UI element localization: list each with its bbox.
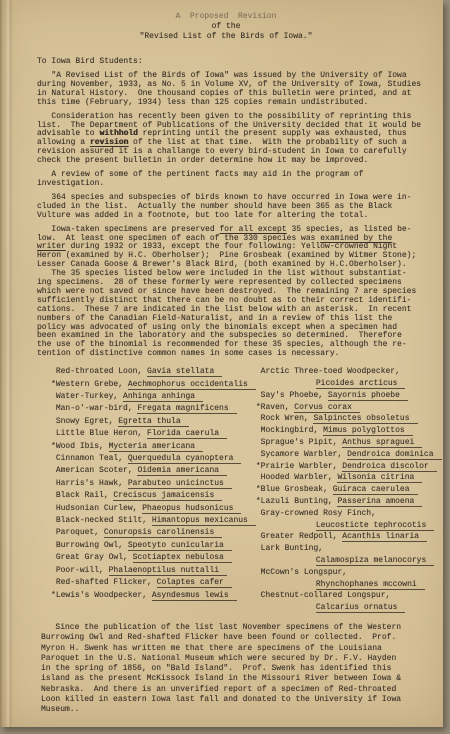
species-item: *Prairie Warbler, Dendroica discolor xyxy=(256,461,442,473)
species-scientific-name-line: Calcarius ornatus xyxy=(316,602,442,614)
text-segment: "A Revised List of the Birds of Iowa" wa… xyxy=(37,71,407,80)
text-line: check the present bulletin in order dete… xyxy=(37,157,415,166)
species-scientific-name: Leucosticte tephrocotis xyxy=(316,521,434,531)
species-common-name: Lewis's Woodpecker, xyxy=(56,591,152,600)
text-line: Museum.. xyxy=(41,705,415,715)
species-common-name-line: Red-throated Loon, Gavia stellata xyxy=(51,366,256,378)
species-scientific-name: Oidemia americana xyxy=(137,466,227,476)
species-common-name-line: Hudsonian Curlew, Phaeopus hudsonicus xyxy=(51,503,256,515)
species-item: Chestnut-collared Longspur,Calcarius orn… xyxy=(256,590,442,614)
species-common-name-line: Sprague's Pipit, Anthus spraguei xyxy=(256,437,442,449)
species-scientific-name-line: Calamospiza melanocorys xyxy=(316,555,442,567)
species-common-name: Cinnamon Teal, xyxy=(56,454,128,463)
species-common-name-line: *Lewis's Woodpecker, Asyndesmus lewis xyxy=(51,590,256,602)
species-common-name-line: *Blue Grosbeak, Guiraca caerulea xyxy=(256,484,442,496)
species-common-name: Great Gray Owl, xyxy=(56,553,133,562)
species-common-name-line: Chestnut-collared Longspur, xyxy=(256,590,442,602)
text-segment: low. At least one specimen of each of th… xyxy=(37,234,320,243)
text-segment: Heron (examined by H.C. Oberholser); Pin… xyxy=(37,251,416,260)
species-item: *Lazuli Bunting, Passerina amoena xyxy=(256,496,442,508)
species-scientific-name: Guiraca caerulea xyxy=(333,485,418,495)
species-item: Hudsonian Curlew, Phaeopus hudsonicus xyxy=(51,503,256,515)
species-item: Greater Redpoll, Acanthis linaria xyxy=(256,531,442,543)
emphasized-text-segment: withhold xyxy=(99,129,137,138)
species-common-name: Red-throated Loon, xyxy=(56,367,147,376)
species-common-name: Lark Bunting, xyxy=(261,544,323,553)
species-scientific-name: Salpinctes obsoletus xyxy=(313,414,417,424)
species-item: *Wood Ibis, Mycteria americana xyxy=(51,441,256,453)
species-scientific-name: Rhynchophanes mccowni xyxy=(316,580,425,590)
species-common-name: McCown's Longspur, xyxy=(261,568,347,577)
species-item: Red-shafted Flicker, Colaptes cafer xyxy=(51,577,256,589)
document-body: "A Revised List of the Birds of Iowa" wa… xyxy=(37,72,415,359)
species-common-name-line: Mockingbird, Mimus polyglottos xyxy=(256,425,442,437)
paragraph: Consideration has recently been given to… xyxy=(37,113,415,166)
text-segment: island as the present McKissock Island i… xyxy=(41,674,401,683)
species-item: Water-Turkey, Anhinga anhinga xyxy=(51,391,256,403)
species-common-name: Hooded Warbler, xyxy=(261,473,338,482)
text-segment: Consideration has recently been given to… xyxy=(37,112,411,121)
text-segment: tention of distinctive common names in s… xyxy=(37,349,339,358)
species-common-name: Harris's Hawk, xyxy=(56,479,128,488)
species-common-name-line: Harris's Hawk, Parabuteo unicinctus xyxy=(51,478,256,490)
text-segment: Myron H. Swenk has written me that there… xyxy=(41,644,382,653)
species-scientific-name-line: Picoides arcticus xyxy=(316,378,442,390)
emphasized-text-segment: revision xyxy=(90,138,128,147)
species-common-name-line: Black-necked Stilt, Himantopus mexicanus xyxy=(51,515,256,527)
document-title: A Proposed Revisionof the"Revised List o… xyxy=(37,12,415,42)
text-segment: Paroquet in the U.S. National Museum whi… xyxy=(41,654,396,663)
species-common-name: Burrowing Owl, xyxy=(56,541,128,550)
text-segment: in the spring of 1856, on "Bald Island".… xyxy=(41,664,391,673)
species-common-name: Black Rail, xyxy=(56,491,114,500)
text-segment: revision assured it is a challange to ev… xyxy=(37,147,407,156)
species-item: Mockingbird, Mimus polyglottos xyxy=(256,425,442,437)
species-item: American Scoter, Oidemia americana xyxy=(51,465,256,477)
text-segment: Vulture was added in a footnote, but too… xyxy=(37,211,368,220)
species-common-name-line: Lark Bunting, xyxy=(256,543,442,555)
text-segment: of the list at that time. With the proba… xyxy=(128,138,406,147)
text-segment: Since the publication of the list last N… xyxy=(41,623,401,632)
species-common-name: Prairie Warbler, xyxy=(261,462,343,471)
species-common-name: Black-necked Stilt, xyxy=(56,516,152,525)
species-common-name: Snowy Egret, xyxy=(56,417,118,426)
text-segment: advisable to xyxy=(37,129,99,138)
text-segment: Museum.. xyxy=(41,705,79,714)
species-common-name-line: Poor-will, Phalaenoptilus nuttalli xyxy=(51,565,256,577)
species-common-name: Say's Phoebe, xyxy=(261,391,328,400)
species-scientific-name: Anthus spraguei xyxy=(342,438,422,448)
text-segment: sufficiently distinct that there can be … xyxy=(37,296,411,305)
species-scientific-name: Colaptes cafer xyxy=(157,578,232,588)
document-content: A Proposed Revisionof the"Revised List o… xyxy=(0,0,443,727)
species-item: Paroquet, Conuropsis carolinensis xyxy=(51,527,256,539)
species-common-name-line: Paroquet, Conuropsis carolinensis xyxy=(51,527,256,539)
species-common-name: Man-o'-war-bird, xyxy=(56,404,138,413)
species-common-name-line: Cinnamon Teal, Querquedula cyanoptera xyxy=(51,453,256,465)
species-scientific-name: Florida caerula xyxy=(147,429,227,439)
text-segment: 364 species and subspecies of birds know… xyxy=(37,193,411,202)
species-item: Great Gray Owl, Scotiaptex nebulosa xyxy=(51,552,256,564)
species-common-name-line: Rock Wren, Salpinctes obsoletus xyxy=(256,413,442,425)
species-common-name-line: Arctic Three-toed Woodpecker, xyxy=(256,366,442,378)
text-segment: been examined in the laboratory and the … xyxy=(37,331,402,340)
species-scientific-name: Creciscus jamaicensis xyxy=(113,491,222,501)
species-item: Gray-crowned Rosy Finch,Leucosticte teph… xyxy=(256,508,442,532)
title-line: "Revised List of the Birds of Iowa." xyxy=(37,32,415,42)
species-scientific-name-line: Rhynchophanes mccowni xyxy=(316,579,442,591)
species-item: McCown's Longspur,Rhynchophanes mccowni xyxy=(256,567,442,591)
species-common-name-line: Hooded Warbler, Wilsonia citrina xyxy=(256,472,442,484)
text-line: Loon killed in eastern Iowa last fall an… xyxy=(41,695,415,705)
paragraph: "A Revised List of the Birds of Iowa" wa… xyxy=(37,72,415,108)
text-segment: allowing a xyxy=(37,138,90,147)
species-common-name: Water-Turkey, xyxy=(56,392,123,401)
paragraph: 364 species and subspecies of birds know… xyxy=(37,194,415,221)
species-common-name-line: Water-Turkey, Anhinga anhinga xyxy=(51,391,256,403)
text-line: Since the publication of the list last N… xyxy=(41,623,415,633)
species-common-name-line: Little Blue Heron, Florida caerula xyxy=(51,428,256,440)
species-common-name: Greater Redpoll, xyxy=(261,532,343,541)
species-common-name-line: *Western Grebe, Aechmophorus occidentali… xyxy=(51,379,256,391)
text-segment: numbers of the Canadian Field-Naturalist… xyxy=(37,314,392,323)
salutation: To Iowa Bird Students: xyxy=(37,57,415,66)
species-common-name-line: Man-o'-war-bird, Fregata magnificens xyxy=(51,403,256,415)
species-common-name: Little Blue Heron, xyxy=(56,429,147,438)
species-common-name: Paroquet, xyxy=(56,528,104,537)
species-scientific-name: Fregata magnificens xyxy=(137,404,236,414)
species-item: Burrowing Owl, Speotyto cunicularia xyxy=(51,540,256,552)
species-item: Arctic Three-toed Woodpecker,Picoides ar… xyxy=(256,366,442,390)
text-segment: Lesser Canada Goose & Brewer's Black Bir… xyxy=(37,260,407,269)
species-common-name-line: Great Gray Owl, Scotiaptex nebulosa xyxy=(51,552,256,564)
species-item: Harris's Hawk, Parabuteo unicinctus xyxy=(51,478,256,490)
text-segment: Burrowing Owl and Red-shafted Flicker ha… xyxy=(41,633,396,642)
species-scientific-name: Egretta thula xyxy=(118,417,188,427)
text-line: Vulture was added in a footnote, but too… xyxy=(37,212,415,221)
emphasized-text-segment: for all except xyxy=(219,225,286,234)
species-common-name-line: Greater Redpoll, Acanthis linaria xyxy=(256,531,442,543)
text-line: this time (February, 1934) less than 125… xyxy=(37,99,415,108)
species-item: Black-necked Stilt, Himantopus mexicanus xyxy=(51,515,256,527)
text-segment: ing specimens. 28 of these formerly were… xyxy=(37,278,402,287)
species-scientific-name-line: Leucosticte tephrocotis xyxy=(316,520,442,532)
species-item: Poor-will, Phalaenoptilus nuttalli xyxy=(51,565,256,577)
text-line: tention of distinctive common names in s… xyxy=(37,350,415,359)
species-common-name: Mockingbird, xyxy=(261,426,323,435)
text-segment: in Natural History. One thousand copies … xyxy=(37,89,411,98)
species-item: Sprague's Pipit, Anthus spraguei xyxy=(256,437,442,449)
species-common-name-line: American Scoter, Oidemia americana xyxy=(51,465,256,477)
text-segment: during November, 1933, as No. 5 in Volum… xyxy=(37,80,421,89)
species-common-name: American Scoter, xyxy=(56,466,138,475)
species-scientific-name: Dendroica dominica xyxy=(347,450,441,460)
species-item: *Western Grebe, Aechmophorus occidentali… xyxy=(51,379,256,391)
text-segment: during 1932 or 1933, except the four fol… xyxy=(66,242,397,251)
species-common-name: Red-shafted Flicker, xyxy=(56,578,157,587)
text-segment: A review of some of the pertinent facts … xyxy=(37,170,363,179)
species-scientific-name: Corvus corax xyxy=(294,403,360,413)
species-common-name: Sprague's Pipit, xyxy=(261,438,343,447)
text-segment: policy was advocated of using only the b… xyxy=(37,323,397,332)
text-segment: this time (February, 1934) less than 125… xyxy=(37,98,368,107)
species-column-left: Red-throated Loon, Gavia stellata*Wester… xyxy=(51,366,256,614)
species-common-name: Poor-will, xyxy=(56,566,109,575)
text-segment: which were not saved or since have been … xyxy=(37,287,416,296)
species-item: Say's Phoebe, Sayornis phoebe xyxy=(256,390,442,402)
species-item: Snowy Egret, Egretta thula xyxy=(51,416,256,428)
species-item: Lark Bunting,Calamospiza melanocorys xyxy=(256,543,442,567)
text-segment: cluded in the list. Actually the number … xyxy=(37,202,392,211)
species-common-name: Rock Wren, xyxy=(261,414,314,423)
species-common-name-line: Red-shafted Flicker, Colaptes cafer xyxy=(51,577,256,589)
species-common-name: Lazuli Bunting, xyxy=(261,497,338,506)
species-scientific-name: Dendroica discolor xyxy=(342,462,436,472)
species-scientific-name: Calamospiza melanocorys xyxy=(316,556,434,566)
text-line: investigation. xyxy=(37,180,415,189)
species-item: Man-o'-war-bird, Fregata magnificens xyxy=(51,403,256,415)
text-segment: list. The Department of Publications of … xyxy=(37,121,421,130)
species-item: Red-throated Loon, Gavia stellata xyxy=(51,366,256,378)
species-scientific-name: Gavia stellata xyxy=(147,367,222,377)
species-common-name-line: Black Rail, Creciscus jamaicensis xyxy=(51,490,256,502)
text-line: island as the present McKissock Island i… xyxy=(41,674,415,684)
text-segment: 35 species, as listed be- xyxy=(287,225,412,234)
species-item: *Blue Grosbeak, Guiraca caerulea xyxy=(256,484,442,496)
species-scientific-name: Acanthis linaria xyxy=(342,532,427,542)
text-segment: investigation. xyxy=(37,179,104,188)
species-item: Cinnamon Teal, Querquedula cyanoptera xyxy=(51,453,256,465)
text-segment: reprinting until the present supply was … xyxy=(138,129,407,138)
species-common-name-line: *Raven, Corvus corax xyxy=(256,402,442,414)
species-scientific-name: Asyndesmus lewis xyxy=(152,591,237,601)
text-line: Myron H. Swenk has written me that there… xyxy=(41,644,415,654)
species-common-name: Gray-crowned Rosy Finch, xyxy=(261,509,376,518)
species-scientific-name: Wilsonia citrina xyxy=(337,473,422,483)
species-scientific-name: Picoides arcticus xyxy=(316,379,406,389)
species-common-name-line: *Prairie Warbler, Dendroica discolor xyxy=(256,461,442,473)
species-scientific-name: Parabuteo unicinctus xyxy=(128,479,232,489)
species-item: Sycamore Warbler, Dendroica dominica xyxy=(256,449,442,461)
paragraph: A review of some of the pertinent facts … xyxy=(37,171,415,189)
species-scientific-name: Mimus polyglottos xyxy=(323,426,413,436)
species-common-name: Raven, xyxy=(261,403,295,412)
paragraph: The 35 species listed below were include… xyxy=(37,270,415,359)
species-common-name: Chestnut-collared Longspur, xyxy=(261,591,391,600)
species-scientific-name: Scotiaptex nebulosa xyxy=(133,553,232,563)
text-segment: cations. These 7 are indicated in the li… xyxy=(37,305,411,314)
species-common-name-line: *Wood Ibis, Mycteria americana xyxy=(51,441,256,453)
species-scientific-name: Conuropsis carolinensis xyxy=(104,528,222,538)
species-common-name: Wood Ibis, xyxy=(56,442,109,451)
species-common-name-line: Sycamore Warbler, Dendroica dominica xyxy=(256,449,442,461)
species-scientific-name: Calcarius ornatus xyxy=(316,603,406,613)
species-list: Red-throated Loon, Gavia stellata*Wester… xyxy=(37,366,415,614)
species-scientific-name: Speotyto cunicularia xyxy=(128,541,232,551)
species-item: *Lewis's Woodpecker, Asyndesmus lewis xyxy=(51,590,256,602)
title-line: of the xyxy=(37,22,415,32)
species-scientific-name: Anhinga anhinga xyxy=(123,392,203,402)
closing-paragraph: Since the publication of the list last N… xyxy=(37,623,415,716)
species-item: Rock Wren, Salpinctes obsoletus xyxy=(256,413,442,425)
species-scientific-name: Phalaenoptilus nuttalli xyxy=(109,566,227,576)
text-line: Paroquet in the U.S. National Museum whi… xyxy=(41,654,415,664)
text-segment: the use of the binomial is recommended f… xyxy=(37,340,407,349)
species-common-name-line: Gray-crowned Rosy Finch, xyxy=(256,508,442,520)
text-segment: check the present bulletin in order dete… xyxy=(37,156,368,165)
species-item: *Raven, Corvus corax xyxy=(256,402,442,414)
emphasized-text-segment: writer xyxy=(37,242,66,251)
paragraph: Iowa-taken specimens are preserved for a… xyxy=(37,226,415,271)
text-segment: Iowa-taken specimens are preserved xyxy=(37,225,219,234)
title-line: A Proposed Revision xyxy=(37,12,415,22)
text-line: Nebraska. And there is an unverified rep… xyxy=(41,685,415,695)
species-common-name-line: Burrowing Owl, Speotyto cunicularia xyxy=(51,540,256,552)
text-segment: The 35 species listed below were include… xyxy=(37,269,407,278)
species-common-name-line: *Lazuli Bunting, Passerina amoena xyxy=(256,496,442,508)
species-scientific-name: Himantopus mexicanus xyxy=(152,516,256,526)
species-common-name: Western Grebe, xyxy=(56,380,128,389)
text-line: Burrowing Owl and Red-shafted Flicker ha… xyxy=(41,633,415,643)
species-common-name-line: McCown's Longspur, xyxy=(256,567,442,579)
species-item: Little Blue Heron, Florida caerula xyxy=(51,428,256,440)
species-scientific-name: Sayornis phoebe xyxy=(328,391,408,401)
species-scientific-name: Passerina amoena xyxy=(337,497,422,507)
species-common-name: Arctic Three-toed Woodpecker, xyxy=(261,367,400,376)
species-common-name: Hudsonian Curlew, xyxy=(56,504,142,513)
species-scientific-name: Mycteria americana xyxy=(109,442,203,452)
text-line: in the spring of 1856, on "Bald Island".… xyxy=(41,664,415,674)
species-common-name: Blue Grosbeak, xyxy=(261,485,333,494)
emphasized-text-segment: examined by the xyxy=(320,234,392,243)
text-segment: Nebraska. And there is an unverified rep… xyxy=(41,685,396,694)
species-scientific-name: Querquedula cyanoptera xyxy=(128,454,242,464)
species-common-name-line: Snowy Egret, Egretta thula xyxy=(51,416,256,428)
species-scientific-name: Phaeopus hudsonicus xyxy=(142,504,241,514)
species-item: Hooded Warbler, Wilsonia citrina xyxy=(256,472,442,484)
species-column-right: Arctic Three-toed Woodpecker,Picoides ar… xyxy=(256,366,442,614)
species-common-name: Sycamore Warbler, xyxy=(261,450,347,459)
species-common-name-line: Say's Phoebe, Sayornis phoebe xyxy=(256,390,442,402)
species-scientific-name: Aechmophorus occidentalis xyxy=(128,380,256,390)
document-page: A Proposed Revisionof the"Revised List o… xyxy=(0,0,443,727)
text-segment: Loon killed in eastern Iowa last fall an… xyxy=(41,695,401,704)
species-item: Black Rail, Creciscus jamaicensis xyxy=(51,490,256,502)
